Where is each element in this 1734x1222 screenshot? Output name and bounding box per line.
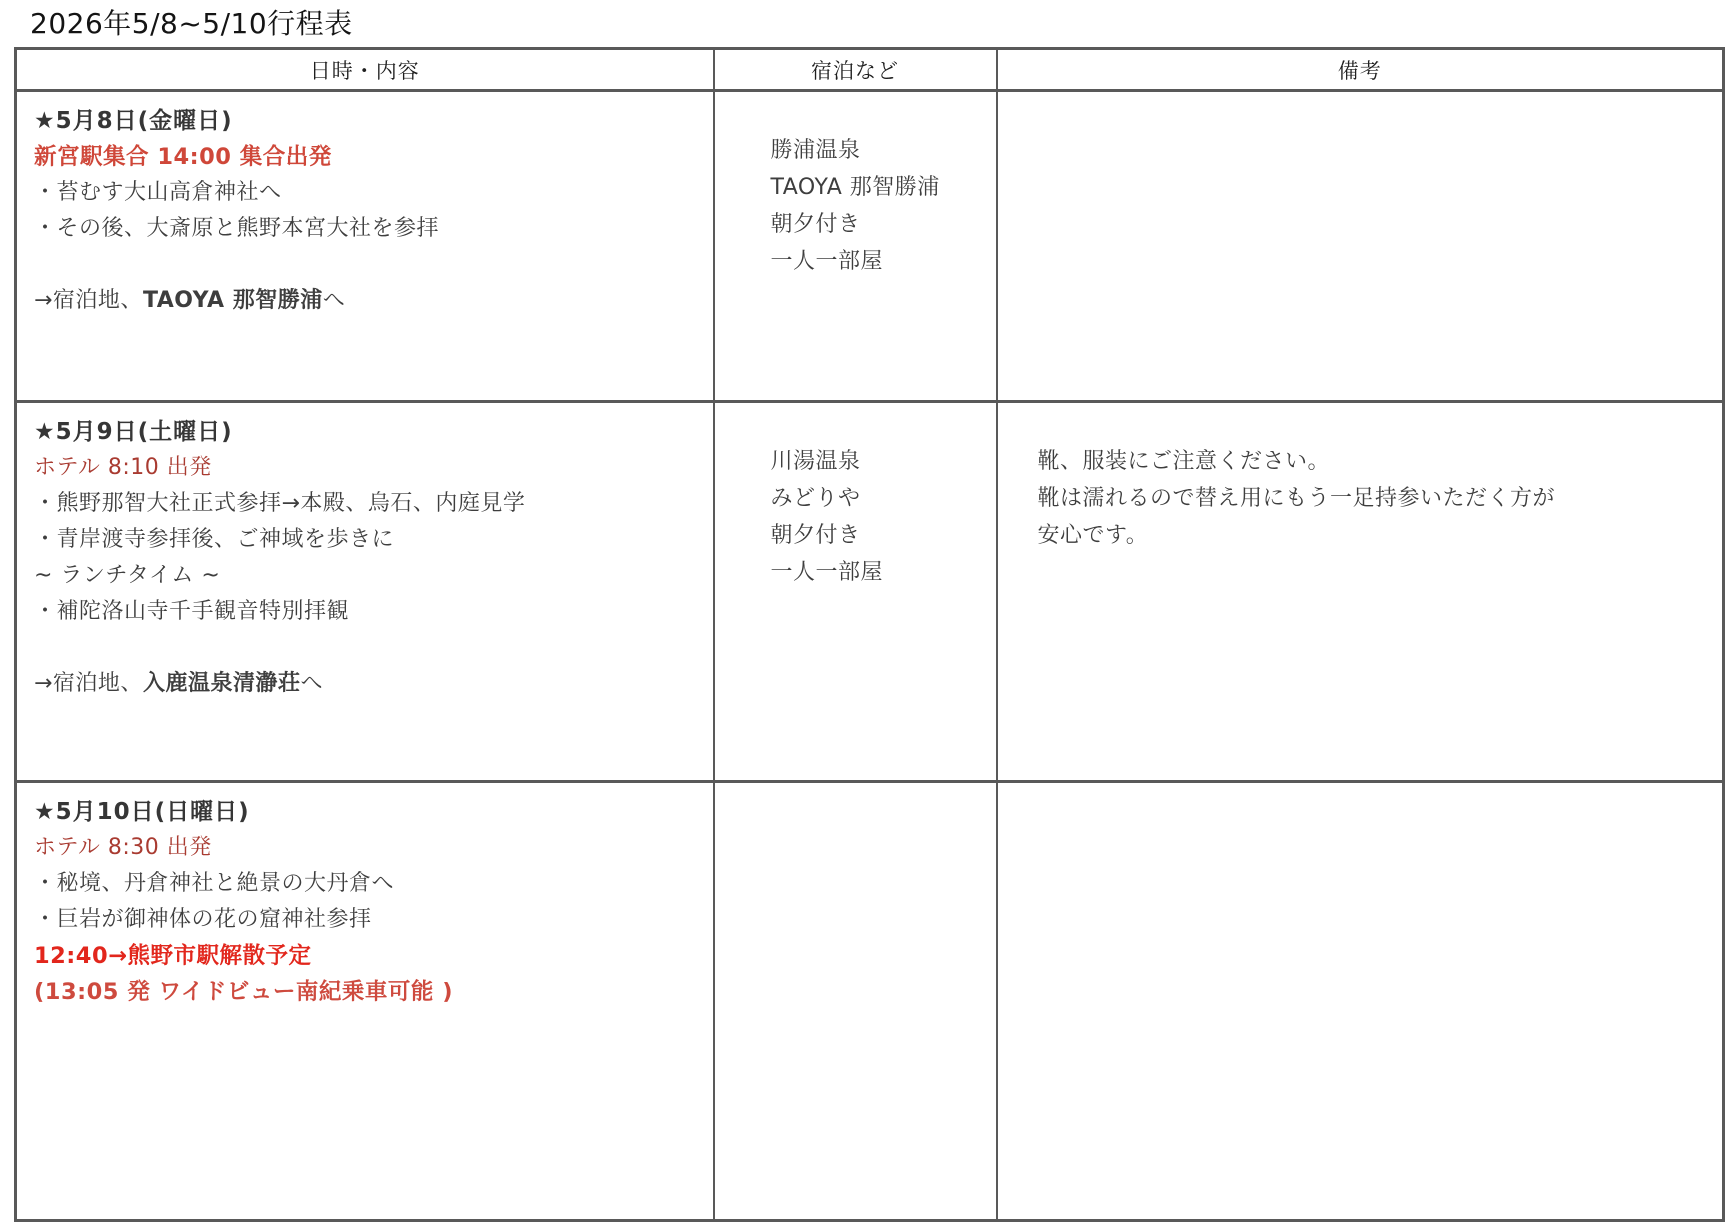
remarks-lines-day1 <box>998 92 1723 132</box>
header-lodging: 宿泊など <box>714 49 997 91</box>
itinerary-table: 日時・内容 宿泊など 備考 ★5月8日(金曜日)新宮駅集合 14:00 集合出発… <box>14 47 1725 1222</box>
header-row: 日時・内容 宿泊など 備考 <box>16 49 1724 91</box>
schedule-line: ・その後、大斎原と熊野本宮大社を参拝 <box>34 211 701 247</box>
schedule-line: ホテル 8:30 出発 <box>34 830 701 866</box>
schedule-line: ・補陀洛山寺千手観音特別拝観 <box>34 594 701 630</box>
schedule-cell-day2: ★5月9日(土曜日)ホテル 8:10 出発・熊野那智大社正式参拝→本殿、烏石、内… <box>16 402 714 782</box>
schedule-line: ★5月10日(日曜日) <box>34 794 701 830</box>
schedule-line: 新宮駅集合 14:00 集合出発 <box>34 139 701 175</box>
schedule-line-part: へ <box>323 288 346 313</box>
schedule-line: ★5月9日(土曜日) <box>34 414 701 450</box>
schedule-line: →宿泊地、TAOYA 那智勝浦へ <box>34 283 701 319</box>
schedule-line: ・巨岩が御神体の花の窟神社参拝 <box>34 902 701 938</box>
remarks-lines-day3 <box>998 783 1723 823</box>
lodging-lines-day3 <box>715 783 996 823</box>
lodging-lines-day2: 川湯温泉みどりや朝夕付き一人一部屋 <box>715 403 996 591</box>
lodging-cell-day1: 勝浦温泉TAOYA 那智勝浦朝夕付き一人一部屋 <box>714 91 997 402</box>
header-datetime-content: 日時・内容 <box>16 49 714 91</box>
schedule-lines-day2: ★5月9日(土曜日)ホテル 8:10 出発・熊野那智大社正式参拝→本殿、烏石、内… <box>17 403 713 702</box>
schedule-line: 12:40→熊野市駅解散予定 <box>34 938 701 974</box>
page-title: 2026年5/8~5/10行程表 <box>30 6 1734 42</box>
table-row-day3: ★5月10日(日曜日)ホテル 8:30 出発・秘境、丹倉神社と絶景の大丹倉へ・巨… <box>16 782 1724 1221</box>
lodging-cell-day3 <box>714 782 997 1221</box>
schedule-line: →宿泊地、入鹿温泉清瀞荘へ <box>34 666 701 702</box>
schedule-line: ・青岸渡寺参拝後、ご神域を歩きに <box>34 522 701 558</box>
lodging-cell-day2: 川湯温泉みどりや朝夕付き一人一部屋 <box>714 402 997 782</box>
cell-line: 勝浦温泉 <box>771 132 988 169</box>
table-row-day2: ★5月9日(土曜日)ホテル 8:10 出発・熊野那智大社正式参拝→本殿、烏石、内… <box>16 402 1724 782</box>
schedule-line: ・苔むす大山高倉神社へ <box>34 175 701 211</box>
schedule-line-part: →宿泊地、 <box>34 671 143 696</box>
schedule-cell-day1: ★5月8日(金曜日)新宮駅集合 14:00 集合出発・苔むす大山高倉神社へ・その… <box>16 91 714 402</box>
cell-line: みどりや <box>771 480 988 517</box>
schedule-line: ・熊野那智大社正式参拝→本殿、烏石、内庭見学 <box>34 486 701 522</box>
schedule-line: (13:05 発 ワイドビュー南紀乗車可能 ) <box>34 974 701 1010</box>
schedule-line <box>34 630 701 666</box>
schedule-line-part: 入鹿温泉清瀞荘 <box>143 671 301 696</box>
schedule-line-part: TAOYA 那智勝浦 <box>143 288 323 313</box>
cell-line: 一人一部屋 <box>771 554 988 591</box>
schedule-lines-day3: ★5月10日(日曜日)ホテル 8:30 出発・秘境、丹倉神社と絶景の大丹倉へ・巨… <box>17 783 713 1010</box>
schedule-line: ホテル 8:10 出発 <box>34 450 701 486</box>
schedule-cell-day3: ★5月10日(日曜日)ホテル 8:30 出発・秘境、丹倉神社と絶景の大丹倉へ・巨… <box>16 782 714 1221</box>
cell-line: 一人一部屋 <box>771 243 988 280</box>
lodging-lines-day1: 勝浦温泉TAOYA 那智勝浦朝夕付き一人一部屋 <box>715 92 996 280</box>
table-row-day1: ★5月8日(金曜日)新宮駅集合 14:00 集合出発・苔むす大山高倉神社へ・その… <box>16 91 1724 402</box>
schedule-lines-day1: ★5月8日(金曜日)新宮駅集合 14:00 集合出発・苔むす大山高倉神社へ・その… <box>17 92 713 319</box>
cell-line: 朝夕付き <box>771 517 988 554</box>
schedule-line-part: →宿泊地、 <box>34 288 143 313</box>
remarks-lines-day2: 靴、服装にご注意ください。靴は濡れるので替え用にもう一足持参いただく方が安心です… <box>998 403 1723 554</box>
cell-line: 川湯温泉 <box>771 443 988 480</box>
schedule-line-part: へ <box>300 671 323 696</box>
remarks-cell-day1 <box>997 91 1724 402</box>
remarks-cell-day2: 靴、服装にご注意ください。靴は濡れるので替え用にもう一足持参いただく方が安心です… <box>997 402 1724 782</box>
cell-line: 朝夕付き <box>771 206 988 243</box>
schedule-line: ・秘境、丹倉神社と絶景の大丹倉へ <box>34 866 701 902</box>
remarks-cell-day3 <box>997 782 1724 1221</box>
cell-line: TAOYA 那智勝浦 <box>771 169 988 206</box>
cell-line: 靴は濡れるので替え用にもう一足持参いただく方が <box>1038 480 1709 517</box>
header-remarks: 備考 <box>997 49 1724 91</box>
schedule-line <box>34 247 701 283</box>
schedule-line: ★5月8日(金曜日) <box>34 103 701 139</box>
cell-line: 安心です。 <box>1038 517 1709 554</box>
cell-line: 靴、服装にご注意ください。 <box>1038 443 1709 480</box>
schedule-line: ~ ランチタイム ~ <box>34 558 701 594</box>
